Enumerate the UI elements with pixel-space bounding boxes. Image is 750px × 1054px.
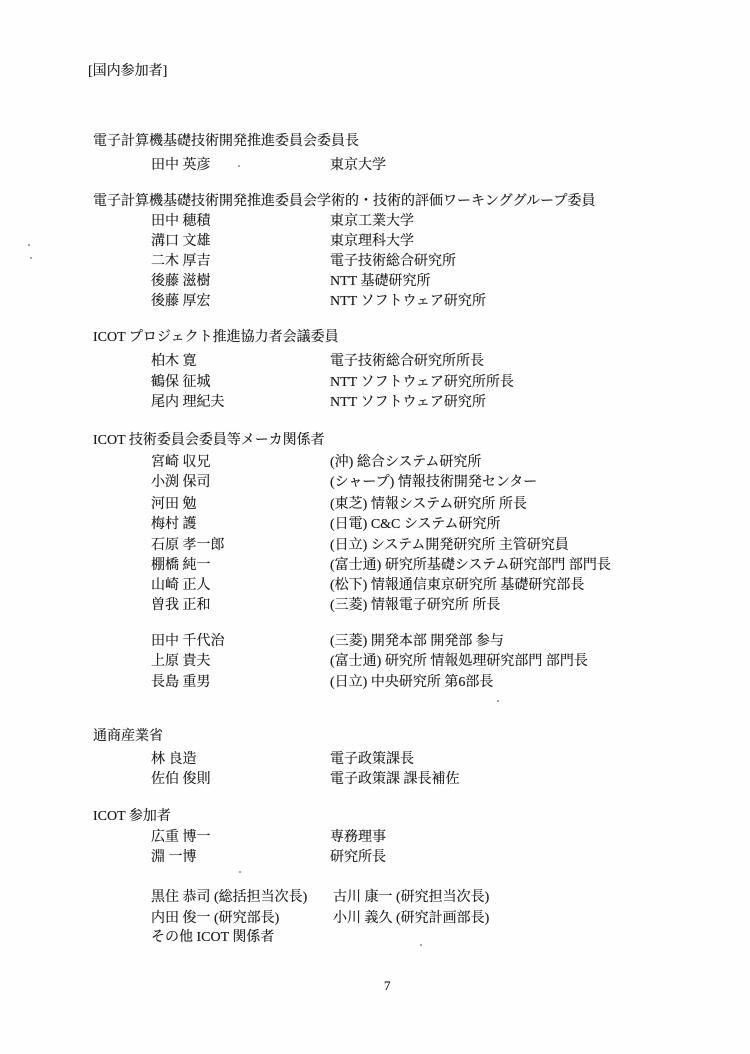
participant-affiliation: (沖) 総合システム研究所 [330, 453, 481, 473]
section-title-line: ICOT 参加者 [0, 807, 750, 827]
participant-affiliation: NTT ソフトウェア研究所 [330, 393, 486, 413]
participant-name: 山崎 正人 [151, 576, 211, 596]
participant-affiliation: NTT 基礎研究所 [330, 272, 430, 292]
table-row: 佐伯 俊則 電子政策課 課長補佐 [0, 770, 750, 790]
table-row: 田中 千代治 (三菱) 開発本部 開発部 参与 [0, 632, 750, 652]
table-row: 黒住 恭司 (総括担当次長) 古川 康一 (研究担当次長) [0, 888, 750, 908]
table-row: 林 良造 電子政策課長 [0, 750, 750, 770]
participant-affiliation: (三菱) 開発本部 開発部 参与 [330, 632, 504, 652]
participant-name: 広重 博一 [151, 828, 211, 848]
participant-affiliation: 東京工業大学 [330, 212, 414, 232]
participant-affiliation: 東京大学 [330, 156, 386, 176]
participant-name: 宮崎 収兄 [151, 453, 211, 473]
participant-name: 林 良造 [151, 750, 197, 770]
participant-name: 石原 孝一郎 [151, 536, 225, 556]
table-row: 二木 厚吉 電子技術総合研究所 [0, 252, 750, 272]
participant-name: 田中 英彦 [151, 156, 211, 176]
table-row: 石原 孝一郎 (日立) システム開発研究所 主管研究員 [0, 536, 750, 556]
participant-name: 溝口 文雄 [151, 232, 211, 252]
participant-name: 淵 一博 [151, 848, 197, 868]
section-title: 通商産業省 [93, 727, 163, 747]
participant-name: 佐伯 俊則 [151, 770, 211, 790]
participant-name: 河田 勉 [151, 495, 197, 515]
participant-affiliation: 電子技術総合研究所 [330, 252, 456, 272]
section-title: ICOT 参加者 [93, 807, 171, 827]
participant-affiliation: (シャープ) 情報技術開発センター [330, 473, 537, 493]
participant-affiliation: 専務理事 [330, 828, 386, 848]
table-row: 山崎 正人 (松下) 情報通信東京研究所 基礎研究部長 [0, 576, 750, 596]
table-row: 上原 貴夫 (富士通) 研究所 情報処理研究部門 部門長 [0, 652, 750, 672]
section-title-line: ICOT プロジェクト推進協力者会議委員 [0, 328, 750, 348]
section-title-line: 通商産業省 [0, 727, 750, 747]
scan-speck [30, 257, 32, 259]
participant-name: 尾内 理紀夫 [151, 393, 225, 413]
page-number: 7 [384, 976, 391, 996]
participant-affiliation: 電子政策課長 [330, 750, 414, 770]
table-row: 鶴保 征城 NTT ソフトウェア研究所所長 [0, 373, 750, 393]
participant-affiliation: 電子技術総合研究所所長 [330, 352, 484, 372]
participant-affiliation: 東京理科大学 [330, 232, 414, 252]
participant-name: 田中 穂積 [151, 212, 211, 232]
table-row: その他 ICOT 関係者 [0, 928, 750, 948]
section-title: ICOT プロジェクト推進協力者会議委員 [93, 328, 339, 348]
participant-name: 古川 康一 (研究担当次長) [333, 888, 489, 908]
table-row: 田中 穂積 東京工業大学 [0, 212, 750, 232]
participant-affiliation: NTT ソフトウェア研究所所長 [330, 373, 514, 393]
section-title-line: 電子計算機基礎技術開発推進委員会委員長 [0, 132, 750, 152]
participant-name: 後藤 厚宏 [151, 292, 211, 312]
table-row: 河田 勉 (東芝) 情報システム研究所 所長 [0, 495, 750, 515]
table-row: 後藤 厚宏 NTT ソフトウェア研究所 [0, 292, 750, 312]
scan-speck [238, 165, 240, 167]
table-row: 淵 一博 研究所長 [0, 848, 750, 868]
participant-affiliation: (日電) C&C システム研究所 [330, 515, 501, 535]
table-row: 溝口 文雄 東京理科大学 [0, 232, 750, 252]
scan-speck [497, 700, 499, 702]
participant-name: 梅村 護 [151, 515, 197, 535]
scan-speck [28, 244, 30, 246]
scan-speck [239, 871, 241, 873]
participant-affiliation: (日立) システム開発研究所 主管研究員 [330, 536, 569, 556]
table-row: 棚橋 純一 (富士通) 研究所基礎システム研究部門 部門長 [0, 556, 750, 576]
participant-affiliation: 研究所長 [330, 848, 386, 868]
scan-speck [420, 944, 422, 946]
section-title-line: ICOT 技術委員会委員等メーカ関係者 [0, 431, 750, 451]
table-row: 梅村 護 (日電) C&C システム研究所 [0, 515, 750, 535]
table-row: 田中 英彦 東京大学 [0, 156, 750, 176]
participant-name: 上原 貴夫 [151, 652, 211, 672]
table-row: 尾内 理紀夫 NTT ソフトウェア研究所 [0, 393, 750, 413]
table-row: 後藤 滋樹 NTT 基礎研究所 [0, 272, 750, 292]
participant-name: 二木 厚吉 [151, 252, 211, 272]
participant-affiliation: NTT ソフトウェア研究所 [330, 292, 486, 312]
participant-affiliation: 電子政策課 課長補佐 [330, 770, 460, 790]
participant-name: 小渕 保司 [151, 473, 211, 493]
section-title: 電子計算機基礎技術開発推進委員会委員長 [93, 132, 359, 152]
document-page: [国内参加者] 電子計算機基礎技術開発推進委員会委員長 田中 英彦 東京大学 電… [0, 0, 750, 1054]
table-row: 宮崎 収兄 (沖) 総合システム研究所 [0, 453, 750, 473]
section-title-line: 電子計算機基礎技術開発推進委員会学術的・技術的評価ワーキンググループ委員 [0, 192, 750, 212]
table-row: 内田 俊一 (研究部長) 小川 義久 (研究計画部長) [0, 909, 750, 929]
participant-name: 黒住 恭司 (総括担当次長) [151, 888, 307, 908]
page-header: [国内参加者] [88, 62, 167, 82]
section-footer-note: その他 ICOT 関係者 [151, 928, 274, 948]
section-title: 電子計算機基礎技術開発推進委員会学術的・技術的評価ワーキンググループ委員 [93, 192, 595, 212]
table-row: 広重 博一 専務理事 [0, 828, 750, 848]
participant-affiliation: (松下) 情報通信東京研究所 基礎研究部長 [330, 576, 584, 596]
participant-affiliation: (東芝) 情報システム研究所 所長 [330, 495, 527, 515]
table-row: 柏木 寛 電子技術総合研究所所長 [0, 352, 750, 372]
page-number-line: 7 [0, 976, 750, 996]
participant-name: 内田 俊一 (研究部長) [151, 909, 279, 929]
table-row: 曽我 正和 (三菱) 情報電子研究所 所長 [0, 596, 750, 616]
participant-name: 柏木 寛 [151, 352, 197, 372]
participant-name: 後藤 滋樹 [151, 272, 211, 292]
table-row: 長島 重男 (日立) 中央研究所 第6部長 [0, 673, 750, 693]
section-title: ICOT 技術委員会委員等メーカ関係者 [93, 431, 325, 451]
participant-affiliation: (富士通) 研究所基礎システム研究部門 部門長 [330, 556, 611, 576]
table-row: 小渕 保司 (シャープ) 情報技術開発センター [0, 473, 750, 493]
participant-affiliation: (日立) 中央研究所 第6部長 [330, 673, 493, 693]
participant-name: 長島 重男 [151, 673, 211, 693]
participant-name: 小川 義久 (研究計画部長) [333, 909, 489, 929]
participant-name: 田中 千代治 [151, 632, 225, 652]
participant-affiliation: (三菱) 情報電子研究所 所長 [330, 596, 500, 616]
participant-name: 棚橋 純一 [151, 556, 211, 576]
participant-name: 鶴保 征城 [151, 373, 211, 393]
participant-name: 曽我 正和 [151, 596, 211, 616]
participant-affiliation: (富士通) 研究所 情報処理研究部門 部門長 [330, 652, 588, 672]
header-line: [国内参加者] [0, 62, 750, 82]
